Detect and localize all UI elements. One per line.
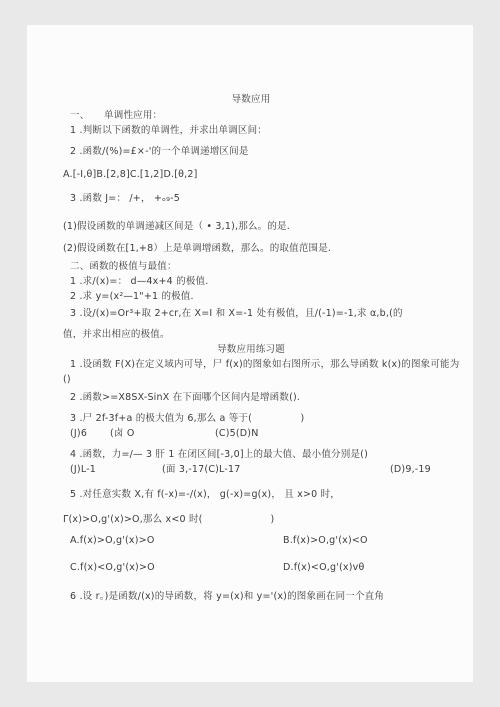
option-b: B.f(x)>O,g'(x)<O bbox=[283, 533, 368, 548]
doc-line: 3 .函数 J=： /+， +ₒ₉-5 bbox=[63, 191, 439, 206]
doc-line: 2 .函数>=X8SX-SinX 在下面哪个区间内是增函数(). bbox=[63, 390, 439, 405]
options-row: (J)6 (卤 O (C)5(D)N bbox=[63, 426, 439, 441]
doc-title: 导数应用 bbox=[63, 92, 439, 107]
options-row: C.f(x)<O,g'(x)>O D.f(x)<O,g'(x)vθ bbox=[63, 560, 439, 575]
text-block: 导数应用 一、 单调性应用： 1 .判断以下函数的单调性，并求出单调区间： 2 … bbox=[63, 92, 439, 604]
doc-line: 1 .求/(x)=： d—4x+4 的极值. bbox=[63, 274, 439, 289]
doc-line: 6 .设 r。)是函数/(x)的导函数，将 y=(x)和 y='(x)的图象画在… bbox=[63, 589, 439, 604]
option-a: (J)6 bbox=[70, 426, 110, 441]
section-heading-2: 二、函数的极值与最值： bbox=[63, 259, 439, 274]
doc-line: 4 .函数，力=/— 3 肝 1 在闭区间[-3,0]上的最大值、最小值分别是(… bbox=[63, 447, 439, 462]
options-line: A.[-I,θ]B.[2,8]C.[1,2]D.[θ,2] bbox=[63, 167, 439, 182]
doc-line: Γ(x)>O,g'(x)>O,那么 x<0 时( ) bbox=[63, 512, 439, 527]
section-heading-1: 一、 单调性应用： bbox=[63, 108, 439, 123]
option-d: D.f(x)<O,g'(x)vθ bbox=[283, 560, 364, 575]
doc-line: 2 .求 y=(x²—1"+1 的极值. bbox=[63, 289, 439, 304]
option-cd: (C)5(D)N bbox=[215, 426, 259, 441]
doc-line: (2)假设函数在[1,+8）上是单调增函数，那么。的取值范围是. bbox=[63, 241, 439, 256]
doc-line: 1 .判断以下函数的单调性，并求出单调区间： bbox=[63, 123, 439, 138]
document-page: 导数应用 一、 单调性应用： 1 .判断以下函数的单调性，并求出单调区间： 2 … bbox=[27, 25, 473, 682]
doc-line: 值，并求出相应的极值。 bbox=[63, 327, 439, 342]
doc-line: () bbox=[63, 372, 439, 387]
option-a: A.f(x)>O,g'(x)>O bbox=[70, 533, 283, 548]
doc-line: 3 .尸 2f-3f+a 的极大值为 6,那么 a 等于( ) bbox=[63, 411, 439, 426]
options-row: (J)L-1 (面 3,-17(C)L-17 (D)9,-19 bbox=[63, 462, 439, 477]
doc-line: 5 .对任意实数 X,有 f(-x)=-/(x)， g(-x)=g(x)， 且 … bbox=[63, 487, 439, 502]
option-c: C.f(x)<O,g'(x)>O bbox=[70, 560, 283, 575]
doc-line: 2 .函数/(%)=£×-'的一个单调递增区间是 bbox=[63, 144, 439, 159]
doc-line: (1)假设函数的单调递减区间是（ • 3,1),那么。的是. bbox=[63, 219, 439, 234]
option-a: (J)L-1 bbox=[70, 462, 162, 477]
subsection-title: 导数应用练习题 bbox=[63, 342, 439, 357]
option-bc: (面 3,-17(C)L-17 bbox=[162, 462, 390, 477]
doc-line: 3 .设/(x)=Or³+取 2+cr,在 X=I 和 X=-1 处有极值，且/… bbox=[63, 306, 439, 321]
option-d: (D)9,-19 bbox=[390, 462, 431, 477]
doc-line: 1 .设函数 F(X)在定义域内可导，尸 f(x)的图象如右图所示，那么导函数 … bbox=[63, 357, 439, 372]
option-b: (卤 O bbox=[110, 426, 215, 441]
options-row: A.f(x)>O,g'(x)>O B.f(x)>O,g'(x)<O bbox=[63, 533, 439, 548]
